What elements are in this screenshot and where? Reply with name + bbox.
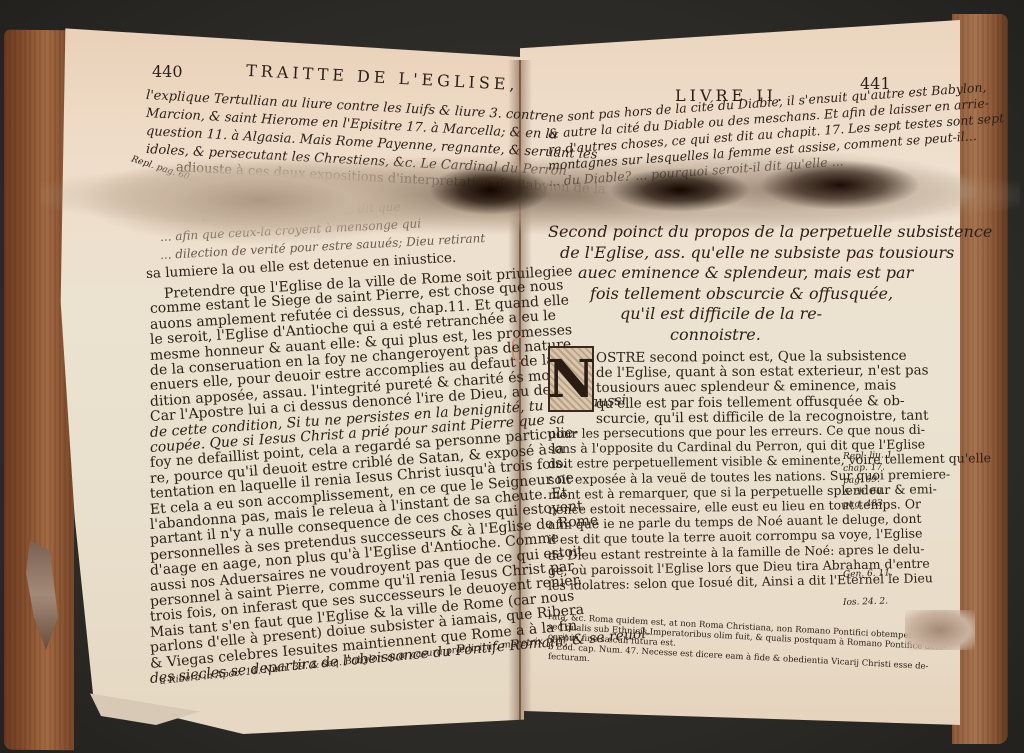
text-line: fecturam. xyxy=(548,652,590,664)
text-line: Repl. liu. 1. xyxy=(843,450,896,462)
text-line: Gen. 6. 11. xyxy=(843,568,893,580)
text-line: chap. 17. xyxy=(843,463,885,474)
text-line: connoistre. xyxy=(670,325,761,344)
text-line: Second poinct du propos de la perpetuell… xyxy=(548,222,992,241)
left-folio: 440 xyxy=(152,62,183,81)
text-line: & ch. 60. xyxy=(843,487,885,498)
text-line: pag. 483. xyxy=(843,499,886,510)
text-line: Ios. 24. 2. xyxy=(843,596,888,608)
torn-margin xyxy=(905,610,975,650)
text-line: de l'Eglise, ass. qu'elle ne subsiste pa… xyxy=(560,243,954,262)
text-line: pag. 69. xyxy=(843,475,880,486)
text-line: fois tellement obscurcie & offusquée, xyxy=(590,284,893,303)
decorated-drop-cap: N xyxy=(548,346,594,412)
text-line: qu'il est difficile de la re- xyxy=(620,304,822,323)
text-line: auec eminence & splendeur, mais est par xyxy=(578,263,913,282)
